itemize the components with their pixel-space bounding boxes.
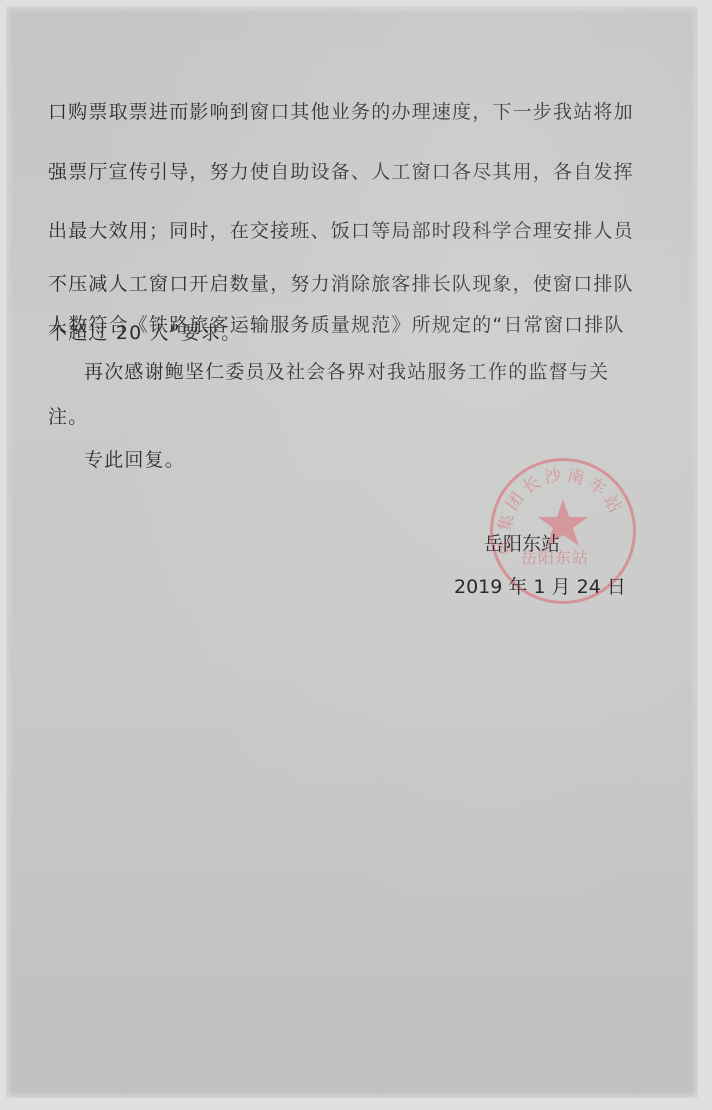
closing-paragraph-line-1: 再次感谢鲍坚仁委员及社会各界对我站服务工作的监督与关 <box>84 357 609 384</box>
body-line-6: 不超过 20 人”要求。 <box>48 318 242 345</box>
body-line-3: 出最大效用；同时，在交接班、饭口等局部时段科学合理安排人员 <box>48 216 634 243</box>
body-line-4: 不压减人工窗口开启数量，努力消除旅客排长队现象，使窗口排队 <box>48 269 634 296</box>
closing-remark: 专此回复。 <box>84 445 185 472</box>
signature-date: 2019 年 1 月 24 日 <box>454 572 626 599</box>
body-line-1: 口购票取票进而影响到窗口其他业务的办理速度，下一步我站将加 <box>48 97 634 124</box>
signature-organization: 岳阳东站 <box>484 529 560 556</box>
document-page: 口购票取票进而影响到窗口其他业务的办理速度，下一步我站将加 强票厅宣传引导，努力… <box>6 6 698 1098</box>
body-line-2: 强票厅宣传引导，努力使自助设备、人工窗口各尽其用，各自发挥 <box>48 157 634 184</box>
closing-paragraph-line-2: 注。 <box>48 402 88 429</box>
